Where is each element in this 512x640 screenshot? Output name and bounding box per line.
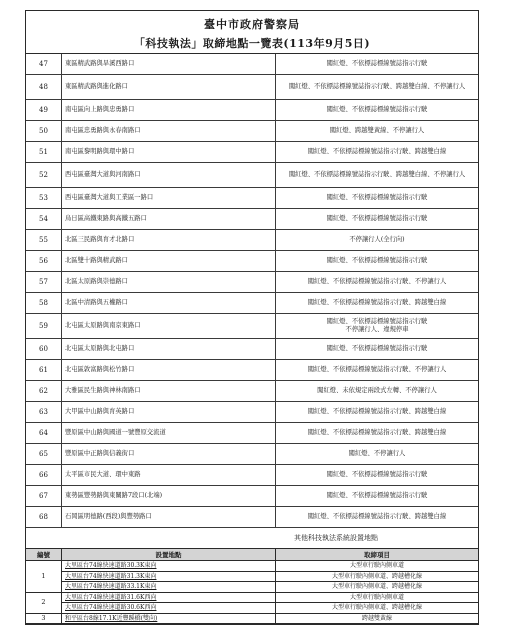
row-number: 51 — [26, 142, 62, 163]
row-number: 67 — [26, 486, 62, 507]
violation-cell: 闖紅燈、不停讓行人 — [276, 444, 479, 465]
column-header-location: 設置地點 — [62, 549, 276, 561]
violation-cell: 闖紅燈、不依標誌標線號誌指示行駛 — [276, 54, 479, 75]
violation-cell: 大型車行駛內側車道、跨越槽化線 — [276, 571, 479, 582]
location-cell: 北屯區太原路與北屯路口 — [62, 339, 276, 360]
location-cell: 大里區台74線快速道路31.6K西向 — [62, 592, 276, 603]
row-number: 61 — [26, 360, 62, 381]
row-number: 57 — [26, 272, 62, 293]
row-number: 53 — [26, 188, 62, 209]
table-row: 52西屯區臺灣大道與河南路口闖紅燈、不依標誌標線號誌指示行駛、跨越雙白線、不停讓… — [26, 163, 478, 188]
table-row: 49南屯區向上路與忠勇路口闖紅燈、不依標誌標線號誌指示行駛 — [26, 100, 478, 121]
table-row: 54烏日區高鐵東路與高鐵五路口闖紅燈、不依標誌標線號誌指示行駛 — [26, 209, 478, 230]
table-row: 56北區雙十路與精武路口闖紅燈、不依標誌標線號誌指示行駛 — [26, 251, 478, 272]
location-cell: 北區太原路與崇德路口 — [62, 272, 276, 293]
location-cell: 東區精武路與進化路口 — [62, 75, 276, 100]
row-number: 50 — [26, 121, 62, 142]
table-row: 50南屯區忠勇路與永春南路口闖紅燈、跨越雙黃線、不停讓行人 — [26, 121, 478, 142]
violation-cell: 闖紅燈、不依標誌標線號誌指示行駛 — [276, 486, 479, 507]
row-number: 48 — [26, 75, 62, 100]
row-number: 52 — [26, 163, 62, 188]
violation-cell: 闖紅燈、不依標誌標線號誌指示行駛 — [276, 188, 479, 209]
location-cell: 大里區台74線快速道路31.3K東向 — [62, 571, 276, 582]
location-cell: 大雅區民生路與神林南路口 — [62, 381, 276, 402]
agency-name: 臺中市政府警察局 — [26, 11, 478, 32]
table-row: 62大雅區民生路與神林南路口闖紅燈、未依規定兩段式左轉、不停讓行人 — [26, 381, 478, 402]
violation-cell: 闖紅燈、未依規定兩段式左轉、不停讓行人 — [276, 381, 479, 402]
location-cell: 北屯區太原路與南京東路口 — [62, 314, 276, 339]
table-row: 51南屯區黎明路與環中路口闖紅燈、不依標誌標線號誌指示行駛、跨越雙白線 — [26, 142, 478, 163]
other-systems-section: 其他科技執法系統設置地點 編號 設置地點 取締項目 1大里區台74線快速道路30… — [26, 528, 478, 625]
row-number: 63 — [26, 402, 62, 423]
group-number: 1 — [26, 561, 62, 593]
enforcement-list-sheet: 臺中市政府警察局 「科技執法」取締地點一覽表(113年9月5日) 47東區精武路… — [25, 10, 479, 625]
table-row: 66太平區市民大道、環中東路闖紅燈、不依標誌標線號誌指示行駛 — [26, 465, 478, 486]
row-number: 65 — [26, 444, 62, 465]
location-cell: 豐原區中正路與信義街口 — [62, 444, 276, 465]
table-row: 55北區三民路與育才北路口不停讓行人(全行向) — [26, 230, 478, 251]
violation-cell: 闖紅燈、不依標誌標線號誌指示行駛 — [276, 465, 479, 486]
location-cell: 北區中清路與五權路口 — [62, 293, 276, 314]
violation-cell: 闖紅燈、不依標誌標線號誌指示行駛、跨越雙白線 — [276, 507, 479, 528]
table-row: 63大甲區中山路與育英路口闖紅燈、不依標誌標線號誌指示行駛、跨越雙白線 — [26, 402, 478, 423]
row-number: 49 — [26, 100, 62, 121]
column-header-no: 編號 — [26, 549, 62, 561]
group-number: 3 — [26, 613, 62, 624]
table-row: 58北區中清路與五權路口闖紅燈、不依標誌標線號誌指示行駛、跨越雙白線 — [26, 293, 478, 314]
location-cell: 大里區台74線快速道路33.1K東向 — [62, 582, 276, 593]
location-cell: 北區三民路與育才北路口 — [62, 230, 276, 251]
violation-cell: 闖紅燈、不依標誌標線號誌指示行駛 — [276, 251, 479, 272]
violation-cell: 大型車行駛內側車道、跨越槽化線 — [276, 603, 479, 614]
violation-cell: 闖紅燈、不依標誌標線號誌指示行駛、跨越雙白線、不停讓行人 — [276, 163, 479, 188]
row-number: 54 — [26, 209, 62, 230]
table-row: 67東勢區豐勢路與東關路7段口(北端)闖紅燈、不依標誌標線號誌指示行駛 — [26, 486, 478, 507]
row-number: 66 — [26, 465, 62, 486]
table-row: 3和平區台8線17.1K近豐蹊橋(雙向)跨越雙黃線 — [26, 613, 478, 624]
location-cell: 大甲區中山路與育英路口 — [62, 402, 276, 423]
table-row: 59北屯區太原路與南京東路口闖紅燈、不依標誌標線號誌指示行駛 不停讓行人、違規停… — [26, 314, 478, 339]
row-number: 55 — [26, 230, 62, 251]
table-row: 57北區太原路與崇德路口闖紅燈、不依標誌標線號誌指示行駛、不停讓行人 — [26, 272, 478, 293]
table-row: 68石岡區明德路(西段)與豐勢路口闖紅燈、不依標誌標線號誌指示行駛、跨越雙白線 — [26, 507, 478, 528]
table-row: 65豐原區中正路與信義街口闖紅燈、不停讓行人 — [26, 444, 478, 465]
table-row: 61北屯區敦富路與松竹路口闖紅燈、不依標誌標線號誌指示行駛、不停讓行人 — [26, 360, 478, 381]
other-systems-title: 其他科技執法系統設置地點 — [26, 528, 478, 549]
location-cell: 北屯區敦富路與松竹路口 — [62, 360, 276, 381]
location-cell: 大里區台74線快速道路30.6K西向 — [62, 603, 276, 614]
location-cell: 石岡區明德路(西段)與豐勢路口 — [62, 507, 276, 528]
row-number: 59 — [26, 314, 62, 339]
row-number: 60 — [26, 339, 62, 360]
row-number: 68 — [26, 507, 62, 528]
violation-cell: 闖紅燈、不依標誌標線號誌指示行駛、跨越雙白線 — [276, 402, 479, 423]
location-cell: 西屯區臺灣大道與工業區一路口 — [62, 188, 276, 209]
row-number: 62 — [26, 381, 62, 402]
table-row: 大里區台74線快速道路33.1K東向大型車行駛內側車道、跨越槽化線 — [26, 582, 478, 593]
table-row: 大里區台74線快速道路30.6K西向大型車行駛內側車道、跨越槽化線 — [26, 603, 478, 614]
table-row: 60北屯區太原路與北屯路口闖紅燈、不依標誌標線號誌指示行駛 — [26, 339, 478, 360]
group-number: 2 — [26, 592, 62, 613]
location-cell: 大里區台74線快速道路30.3K東向 — [62, 561, 276, 572]
location-cell: 烏日區高鐵東路與高鐵五路口 — [62, 209, 276, 230]
violation-cell: 闖紅燈、跨越雙黃線、不停讓行人 — [276, 121, 479, 142]
other-systems-table: 編號 設置地點 取締項目 1大里區台74線快速道路30.3K東向大型車行駛內側車… — [26, 549, 478, 624]
row-number: 47 — [26, 54, 62, 75]
enforcement-locations-table: 47東區精武路與旱溪西路口闖紅燈、不依標誌標線號誌指示行駛48東區精武路與進化路… — [26, 54, 478, 528]
location-cell: 南屯區向上路與忠勇路口 — [62, 100, 276, 121]
violation-cell: 闖紅燈、不依標誌標線號誌指示行駛、不停讓行人 — [276, 360, 479, 381]
location-cell: 南屯區黎明路與環中路口 — [62, 142, 276, 163]
violation-cell: 跨越雙黃線 — [276, 613, 479, 624]
table-row: 大里區台74線快速道路31.3K東向大型車行駛內側車道、跨越槽化線 — [26, 571, 478, 582]
location-cell: 南屯區忠勇路與永春南路口 — [62, 121, 276, 142]
table-row: 48東區精武路與進化路口闖紅燈、不依標誌標線號誌指示行駛、跨越雙白線、不停讓行人 — [26, 75, 478, 100]
location-cell: 豐原區中山路與國道一號豐原交流道 — [62, 423, 276, 444]
violation-cell: 闖紅燈、不依標誌標線號誌指示行駛 — [276, 209, 479, 230]
location-cell: 和平區台8線17.1K近豐蹊橋(雙向) — [62, 613, 276, 624]
table-row: 53西屯區臺灣大道與工業區一路口闖紅燈、不依標誌標線號誌指示行駛 — [26, 188, 478, 209]
violation-cell: 大型車行駛內側車道 — [276, 561, 479, 572]
violation-cell: 闖紅燈、不依標誌標線號誌指示行駛 — [276, 100, 479, 121]
row-number: 56 — [26, 251, 62, 272]
violation-cell: 大型車行駛內側車道 — [276, 592, 479, 603]
violation-cell: 不停讓行人(全行向) — [276, 230, 479, 251]
table-row: 64豐原區中山路與國道一號豐原交流道闖紅燈、不依標誌標線號誌指示行駛、跨越雙白線 — [26, 423, 478, 444]
location-cell: 西屯區臺灣大道與河南路口 — [62, 163, 276, 188]
violation-cell: 闖紅燈、不依標誌標線號誌指示行駛 — [276, 339, 479, 360]
location-cell: 北區雙十路與精武路口 — [62, 251, 276, 272]
violation-cell: 大型車行駛內側車道、跨越槽化線 — [276, 582, 479, 593]
location-cell: 太平區市民大道、環中東路 — [62, 465, 276, 486]
violation-cell: 闖紅燈、不依標誌標線號誌指示行駛、跨越雙白線 — [276, 293, 479, 314]
violation-cell: 闖紅燈、不依標誌標線號誌指示行駛、跨越雙白線 — [276, 423, 479, 444]
location-cell: 東區精武路與旱溪西路口 — [62, 54, 276, 75]
row-number: 58 — [26, 293, 62, 314]
column-header-violation: 取締項目 — [276, 549, 479, 561]
row-number: 64 — [26, 423, 62, 444]
location-cell: 東勢區豐勢路與東關路7段口(北端) — [62, 486, 276, 507]
violation-cell: 闖紅燈、不依標誌標線號誌指示行駛、不停讓行人 — [276, 272, 479, 293]
table-row: 47東區精武路與旱溪西路口闖紅燈、不依標誌標線號誌指示行駛 — [26, 54, 478, 75]
violation-cell: 闖紅燈、不依標誌標線號誌指示行駛、跨越雙白線 — [276, 142, 479, 163]
document-title: 「科技執法」取締地點一覽表(113年9月5日) — [26, 32, 478, 51]
violation-cell: 闖紅燈、不依標誌標線號誌指示行駛 不停讓行人、違規停車 — [276, 314, 479, 339]
table-row: 1大里區台74線快速道路30.3K東向大型車行駛內側車道 — [26, 561, 478, 572]
document-header: 臺中市政府警察局 「科技執法」取締地點一覽表(113年9月5日) — [26, 11, 478, 54]
violation-cell: 闖紅燈、不依標誌標線號誌指示行駛、跨越雙白線、不停讓行人 — [276, 75, 479, 100]
table-row: 2大里區台74線快速道路31.6K西向大型車行駛內側車道 — [26, 592, 478, 603]
